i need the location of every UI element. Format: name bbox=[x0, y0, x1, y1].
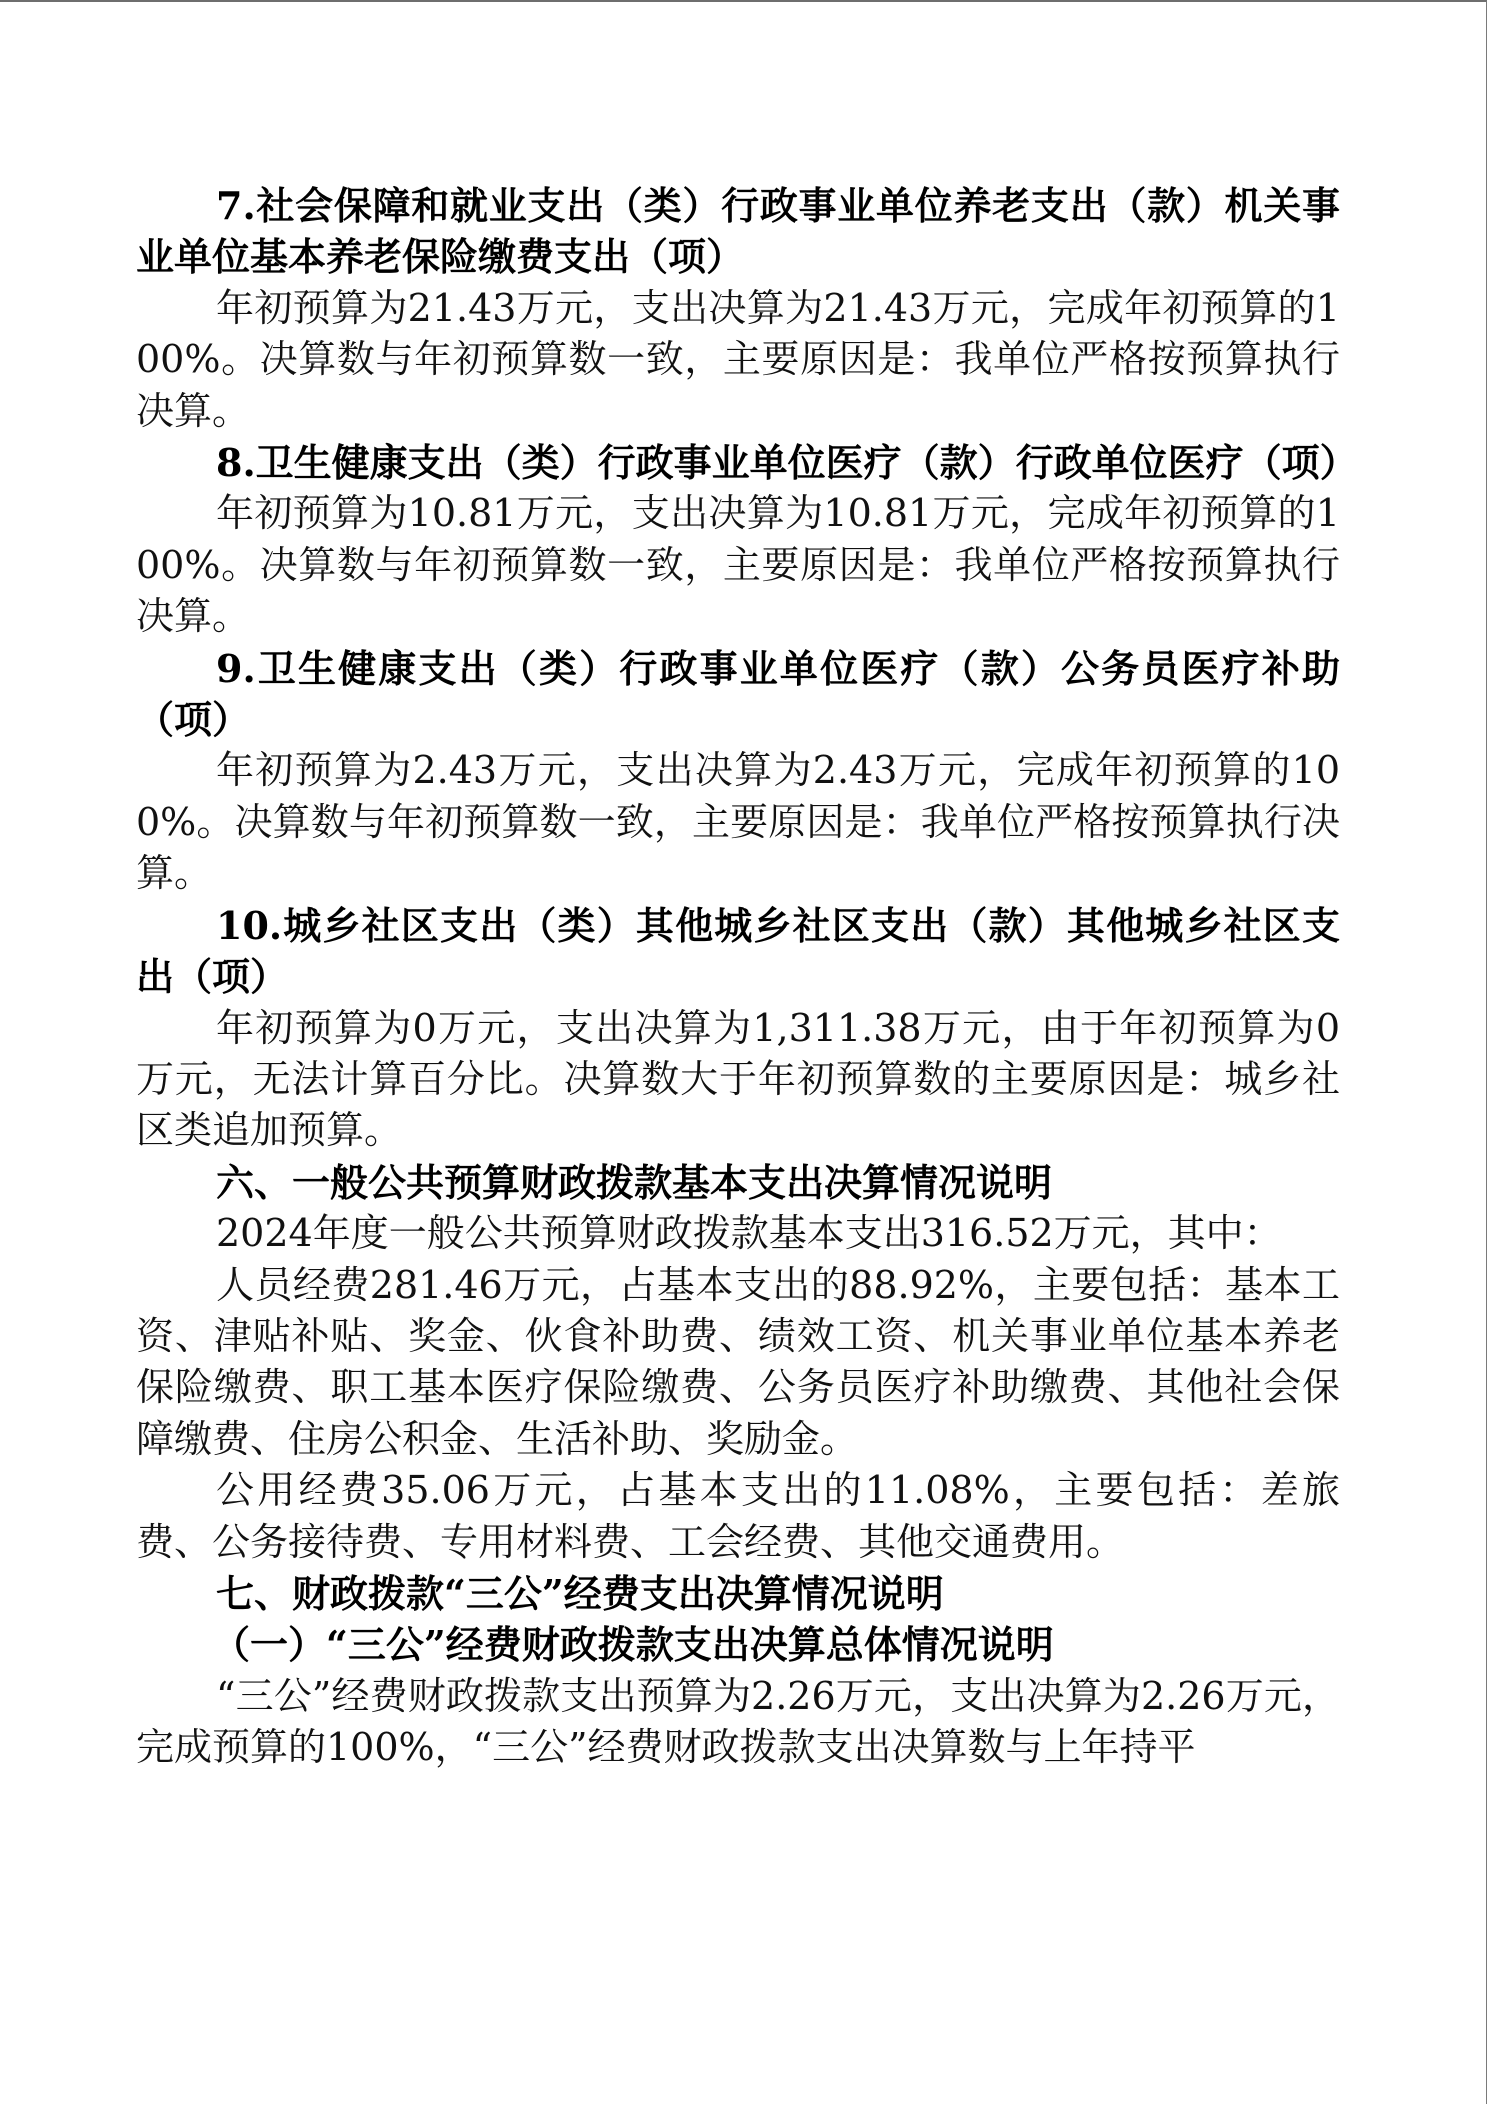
body-paragraph-personnel-costs: 人员经费281.46万元，占基本支出的88.92%，主要包括：基本工资、津贴补贴… bbox=[136, 1260, 1340, 1466]
body-paragraph: “三公”经费财政拨款支出预算为2.26万元，支出决算为2.26万元，完成预算的1… bbox=[136, 1671, 1340, 1774]
section-heading-6: 六、一般公共预算财政拨款基本支出决算情况说明 bbox=[136, 1157, 1340, 1208]
document-page: 7.社会保障和就业支出（类）行政事业单位养老支出（款）机关事业单位基本养老保险缴… bbox=[0, 0, 1487, 2104]
document-body: 7.社会保障和就业支出（类）行政事业单位养老支出（款）机关事业单位基本养老保险缴… bbox=[136, 180, 1340, 1774]
heading-item-7: 7.社会保障和就业支出（类）行政事业单位养老支出（款）机关事业单位基本养老保险缴… bbox=[136, 180, 1340, 283]
body-paragraph: 年初预算为0万元，支出决算为1,311.38万元，由于年初预算为0万元，无法计算… bbox=[136, 1003, 1340, 1157]
heading-item-8: 8.卫生健康支出（类）行政事业单位医疗（款）行政单位医疗（项） bbox=[136, 437, 1340, 488]
body-paragraph-public-costs: 公用经费35.06万元，占基本支出的11.08%，主要包括：差旅费、公务接待费、… bbox=[136, 1465, 1340, 1568]
body-paragraph: 2024年度一般公共预算财政拨款基本支出316.52万元，其中： bbox=[136, 1208, 1340, 1259]
body-paragraph: 年初预算为10.81万元，支出决算为10.81万元，完成年初预算的100%。决算… bbox=[136, 488, 1340, 642]
body-paragraph: 年初预算为21.43万元，支出决算为21.43万元，完成年初预算的100%。决算… bbox=[136, 283, 1340, 437]
heading-item-10: 10.城乡社区支出（类）其他城乡社区支出（款）其他城乡社区支出（项） bbox=[136, 900, 1340, 1003]
subsection-heading-1: （一）“三公”经费财政拨款支出决算总体情况说明 bbox=[136, 1619, 1340, 1670]
section-heading-7: 七、财政拨款“三公”经费支出决算情况说明 bbox=[136, 1568, 1340, 1619]
heading-item-9: 9.卫生健康支出（类）行政事业单位医疗（款）公务员医疗补助（项） bbox=[136, 643, 1340, 746]
body-paragraph: 年初预算为2.43万元，支出决算为2.43万元，完成年初预算的100%。决算数与… bbox=[136, 745, 1340, 899]
